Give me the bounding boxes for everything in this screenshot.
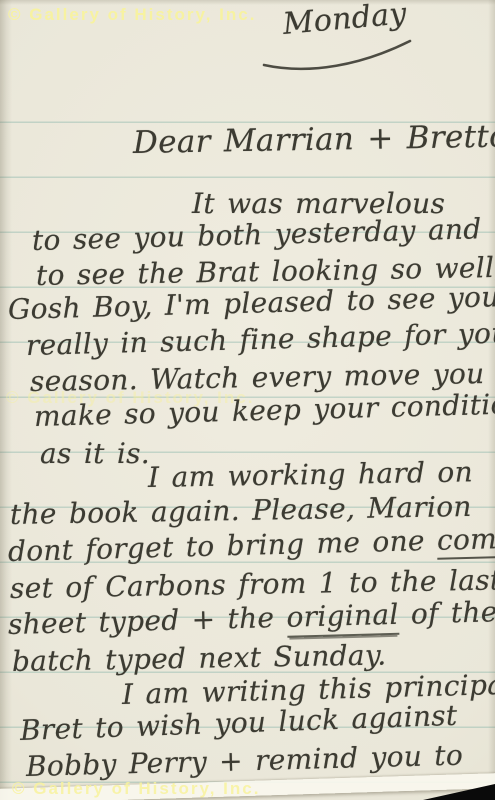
letter-line: I am working hard on [148, 458, 473, 492]
letter-line-text: of the last [398, 593, 495, 630]
letter-line: to see you both yesterday and [32, 215, 482, 255]
date-line: Monday [282, 0, 408, 40]
letter-line: as it is. [40, 440, 150, 468]
underlined-word: complete [437, 520, 495, 559]
letter-line-text: sheet typed + the [8, 601, 287, 641]
letter-line: the book again. Please, Marion [10, 493, 472, 529]
salutation-line: Dear Marrian + Bretto [133, 121, 495, 159]
left-paper-edge [0, 0, 12, 800]
letter-line: really in such fine shape for your [26, 319, 495, 360]
watermark-top: © Gallery of History, Inc. [8, 5, 256, 25]
letter-line: batch typed next Sunday. [12, 641, 387, 676]
underlined-word: original [286, 598, 399, 638]
top-paper-edge [0, 0, 495, 5]
letter-line: Bobby Perry + remind you to [26, 742, 464, 781]
letter-photo: © Gallery of History, Inc. © Gallery of … [0, 0, 495, 800]
letter-line-text: dont forget to bring me one [8, 524, 438, 568]
letter-line: Bret to wish you luck against [20, 702, 458, 745]
